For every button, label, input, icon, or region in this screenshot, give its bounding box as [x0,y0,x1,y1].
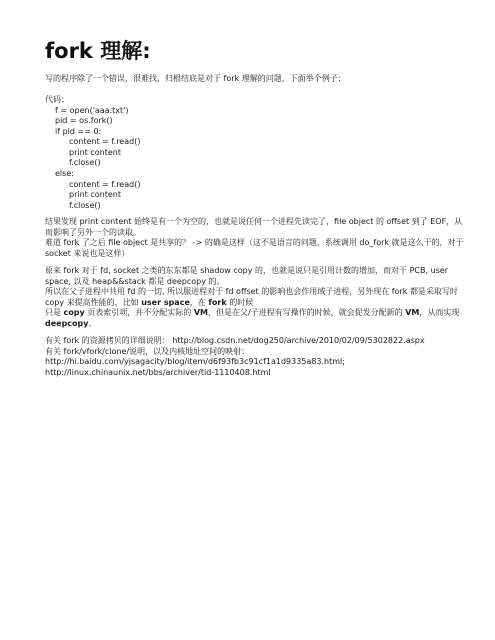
text-segment: 的时候 [227,298,254,307]
text-segment: 难道 fork 了之后 file object 是共享的？ -> 的确是这样（这… [45,238,464,258]
bold-text: fork [208,298,226,307]
text-segment: ，从而实现 [419,308,459,317]
code-line: content = f.read() [45,180,465,191]
text-segment: http://hi.baidu.com/yjsagacity/blog/item… [45,357,345,366]
references-paragraph: 有关 fork 的资源拷贝的详细说明： http://blog.csdn.net… [45,336,465,378]
code-line: content = f.read() [45,137,465,148]
paragraph-line: 有关 fork/vfork/clone/说明，以及内核地址空间的映射： [45,347,465,358]
code-line: f.close() [45,201,465,212]
bold-text: VM [405,308,419,317]
bold-text: copy [64,308,85,317]
page-title: fork 理解: [45,38,465,64]
paragraph-line: 难道 fork 了之后 file object 是共享的？ -> 的确是这样（这… [45,238,465,259]
text-segment: 只是 [45,308,64,317]
paragraph-line: http://linux.chinaunix.net/bbs/archiver/… [45,368,465,379]
text-segment: 有关 fork 的资源拷贝的详细说明： http://blog.csdn.net… [45,336,425,345]
code-line: else: [45,169,465,180]
code-line: f.close() [45,158,465,169]
body-paragraphs: 结果发现 print content 始终是有一个为空的，也就是说任何一个进程先… [45,217,465,378]
result-paragraph: 结果发现 print content 始终是有一个为空的，也就是说任何一个进程先… [45,217,465,259]
paragraph-line: 有关 fork 的资源拷贝的详细说明： http://blog.csdn.net… [45,336,465,347]
text-segment: 。 [88,319,96,328]
text-segment: 有关 fork/vfork/clone/说明，以及内核地址空间的映射： [45,347,249,356]
paragraph-line: 只是 copy 页表索引项，并不分配实际的 VM，但是在父/子进程有写操作的时候… [45,308,465,329]
paragraph-line: 原来 fork 对于 fd, socket 之类的东东都是 shadow cop… [45,266,465,287]
analysis-paragraph: 原来 fork 对于 fd, socket 之类的东东都是 shadow cop… [45,266,465,329]
code-line: f = open('aaa.txt') [45,106,465,117]
text-segment: 结果发现 print content 始终是有一个为空的，也就是说任何一个进程先… [45,217,462,237]
document-page: fork 理解: 写的程序除了一个错误，很难找，归根结底是对于 fork 理解的… [0,0,495,640]
paragraph-line: 所以在父子进程中共用 fd 的一切, 所以服进程对于 fd offset 的影响… [45,287,465,308]
code-line: print content [45,148,465,159]
code-line: pid = os.fork() [45,116,465,127]
code-line: if pid == 0: [45,127,465,138]
bold-text: user space [141,298,190,307]
paragraph-line: 结果发现 print content 始终是有一个为空的，也就是说任何一个进程先… [45,217,465,238]
text-segment: 原来 fork 对于 fd, socket 之类的东东都是 shadow cop… [45,266,448,286]
text-segment: 页表索引项，并不分配实际的 [85,308,194,317]
paragraph-line: http://hi.baidu.com/yjsagacity/blog/item… [45,357,465,368]
text-segment: ，在 [190,298,209,307]
bold-text: VM [194,308,208,317]
text-segment: http://linux.chinaunix.net/bbs/archiver/… [45,368,271,377]
text-segment: ，但是在父/子进程有写操作的时候，就会促发分配新的 [208,308,405,317]
bold-text: deepcopy [45,319,88,328]
code-label: 代码： [45,95,465,106]
document-content: fork 理解: 写的程序除了一个错误，很难找，归根结底是对于 fork 理解的… [45,38,465,385]
intro-paragraph: 写的程序除了一个错误，很难找，归根结底是对于 fork 理解的问题，下面举个例子… [45,74,465,85]
code-line: print content [45,190,465,201]
code-block: f = open('aaa.txt')pid = os.fork()if pid… [45,106,465,212]
